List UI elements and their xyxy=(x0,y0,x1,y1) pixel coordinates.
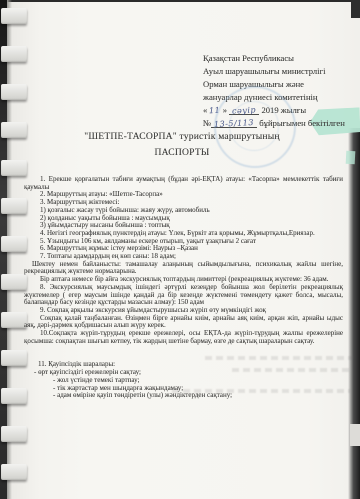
date-year: 2019 жылғы xyxy=(261,105,306,115)
bleed-through-smudge xyxy=(172,389,350,393)
handwritten-month: сәуір xyxy=(232,106,256,114)
document-title: "ШЕТПЕ-ТАСОРПА" туристік маршрутының ПАС… xyxy=(24,129,340,161)
paragraph: Соқпақ қалай таңбаланған. Өзіңмен бірге … xyxy=(24,315,343,330)
paragraph: 10.Соқпақта жүріп-тұрудың ерекше ережеле… xyxy=(24,330,343,345)
body-text: 1. Ерекше қорғалатын табиғи аумақтың (бұ… xyxy=(24,176,343,400)
scan-right-shadow-notch xyxy=(350,424,360,446)
paragraphs-container: 1. Ерекше қорғалатын табиғи аумақтың (бұ… xyxy=(24,176,343,345)
quote-open: « xyxy=(203,105,207,115)
title-line-1: "ШЕТПЕ-ТАСОРПА" туристік маршрутының xyxy=(24,129,340,145)
title-line-2: ПАСПОРТЫ xyxy=(24,145,340,161)
approval-line: Орман шаруашылығы және xyxy=(203,78,355,91)
green-sticky-tab-sliver xyxy=(346,151,356,164)
binding-comb-tab xyxy=(1,46,27,62)
binding-comb-tab xyxy=(1,8,27,24)
approval-line: Қазақстан Республикасы xyxy=(203,52,355,65)
binding-comb-tab xyxy=(1,160,27,176)
approval-block: Қазақстан Республикасы Ауыл шаруашылығы … xyxy=(203,52,355,130)
approval-line: Ауыл шаруашылығы министрлігі xyxy=(203,65,355,78)
binding-comb-tab xyxy=(1,464,27,480)
approval-date-line: « 11 » сәуір 2019 жылғы xyxy=(203,104,355,117)
binding-comb-tab xyxy=(1,84,27,100)
bleed-through-smudge xyxy=(232,368,350,372)
scan-corner-mark xyxy=(351,0,360,18)
approval-line: жануарлар дүниесі комитетінің xyxy=(203,91,355,104)
order-number-sign: № xyxy=(203,118,211,128)
order-suffix: бұйрығымен бекітілген xyxy=(259,118,345,128)
binding-comb-tab xyxy=(1,426,27,442)
safety-item: - адам өміріне қауіп төндіретін (улы) жә… xyxy=(53,392,343,400)
safety-list: - өрт қауіпсіздігі ережелерін сақтау;- ж… xyxy=(24,369,343,400)
quote-close: » xyxy=(223,105,227,115)
paragraph: 8. Экскурсиялық маусымдық ішіндегі әртүр… xyxy=(24,284,343,307)
scan-top-edge xyxy=(0,0,360,2)
handwritten-day: 11 xyxy=(209,104,221,118)
bleed-through-smudge xyxy=(205,356,353,360)
paragraph: 1. Ерекше қорғалатын табиғи аумақтың (бұ… xyxy=(24,176,343,191)
handwritten-order-number: 13-5/113 xyxy=(214,119,254,128)
scanned-document-page: { "approval": { "line1": "Қазақстан Респ… xyxy=(0,0,360,499)
paragraph: Шектеу немен байланысты: тамашалау алаңы… xyxy=(24,261,343,276)
